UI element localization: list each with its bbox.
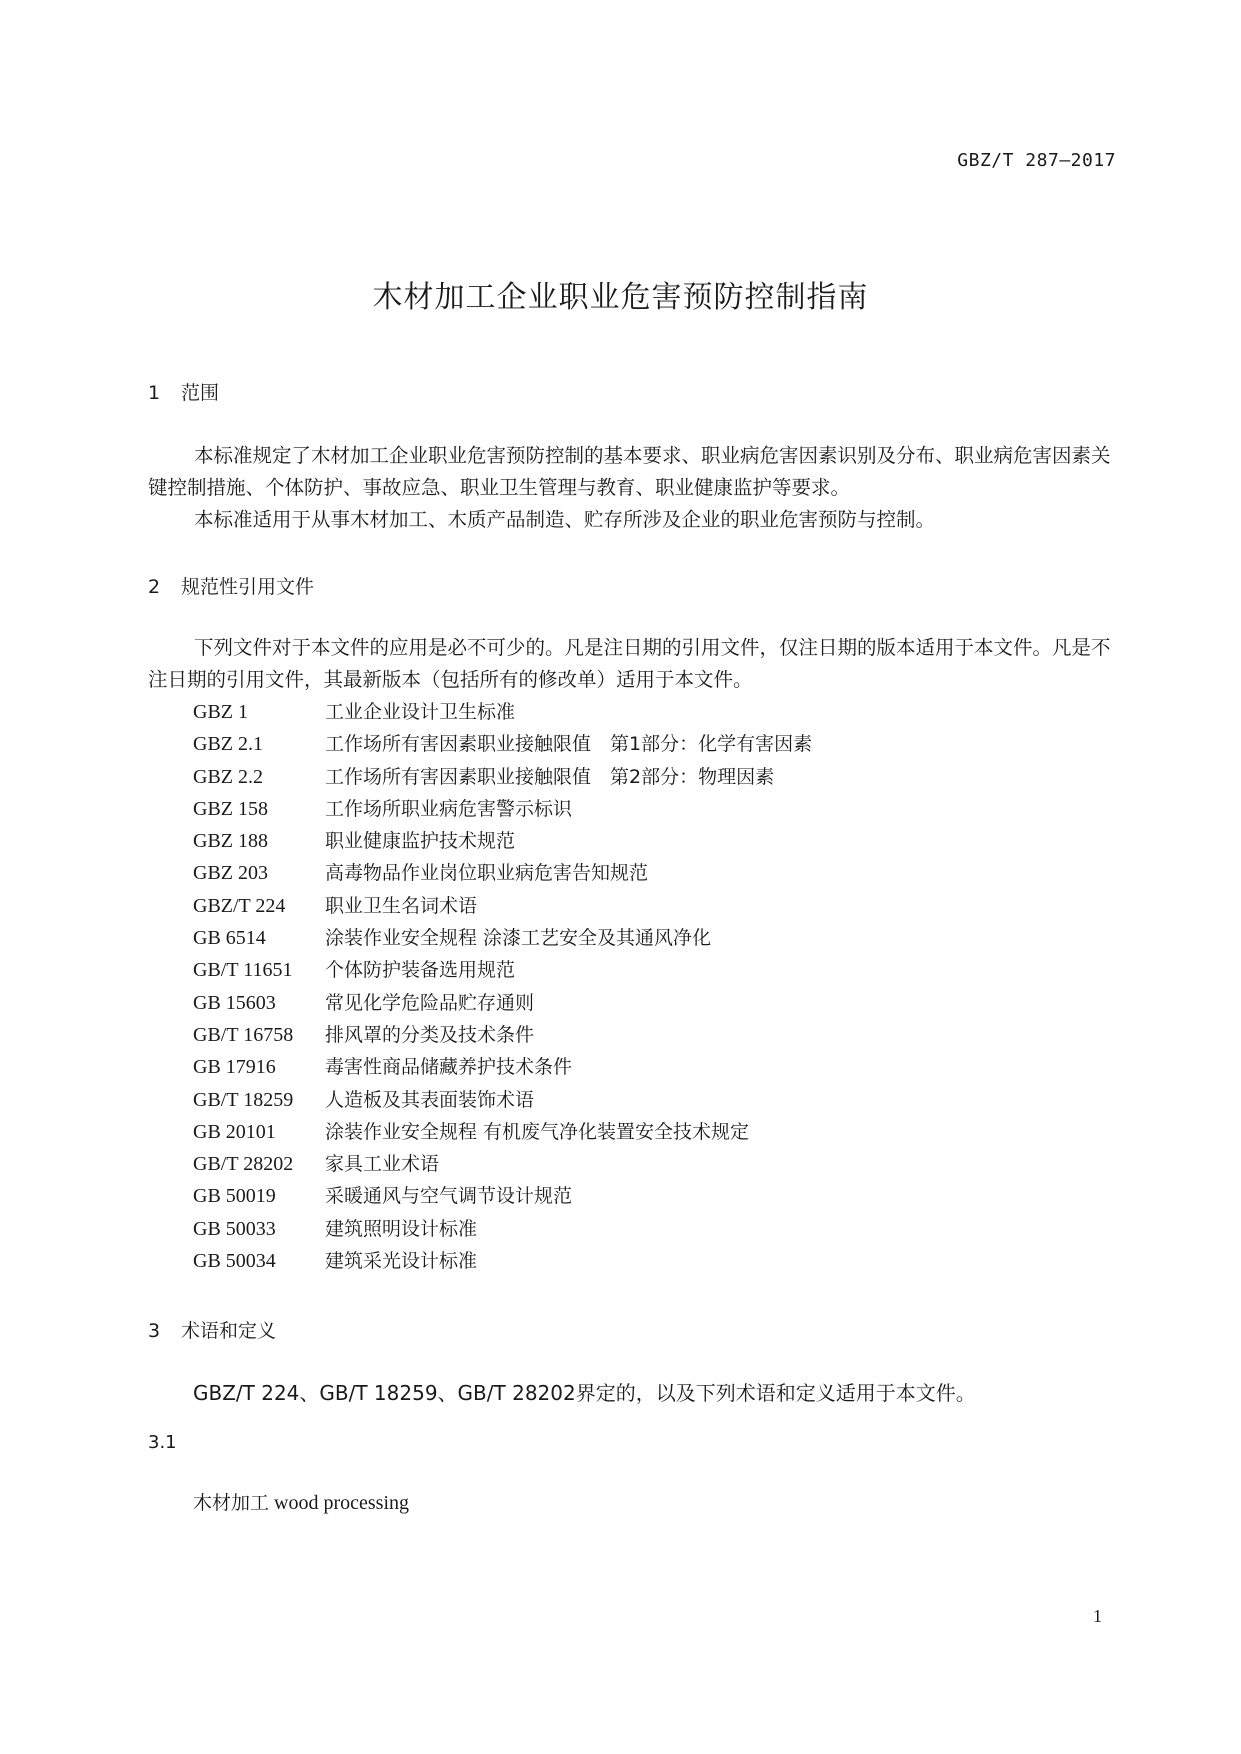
reference-title: 工作场所职业病危害警示标识 [325, 798, 572, 820]
reference-code: GBZ 2.2 [193, 761, 325, 793]
reference-code: GB/T 28202 [193, 1148, 325, 1180]
section-number: 2 [148, 576, 181, 598]
reference-item: GBZ 158工作场所职业病危害警示标识 [193, 793, 812, 825]
reference-item: GBZ 2.2工作场所有害因素职业接触限值 第2部分：物理因素 [193, 761, 812, 793]
section-number: 3 [148, 1320, 181, 1342]
reference-item: GB 15603常见化学危险品贮存通则 [193, 987, 812, 1019]
section-1-paragraph-2: 本标准适用于从事木材加工、木质产品制造、贮存所涉及企业的职业危害预防与控制。 [148, 504, 1118, 536]
reference-title: 个体防护装备选用规范 [325, 959, 515, 981]
reference-title: 涂装作业安全规程 涂漆工艺安全及其通风净化 [325, 927, 711, 949]
section-3-heading: 3术语和定义 [148, 1316, 276, 1343]
term-entry: 木材加工 wood processing [193, 1488, 409, 1515]
reference-item: GB/T 11651个体防护装备选用规范 [193, 954, 812, 986]
reference-item: GB 50033建筑照明设计标准 [193, 1213, 812, 1245]
section-2-paragraph-1: 下列文件对于本文件的应用是必不可少的。凡是注日期的引用文件，仅注日期的版本适用于… [148, 632, 1118, 696]
reference-item: GBZ 203高毒物品作业岗位职业病危害告知规范 [193, 857, 812, 889]
reference-code: GBZ 158 [193, 793, 325, 825]
normative-references-list: GBZ 1工业企业设计卫生标准 GBZ 2.1工作场所有害因素职业接触限值 第1… [193, 696, 812, 1277]
reference-item: GBZ 188职业健康监护技术规范 [193, 825, 812, 857]
standard-code: GBZ/T 287—2017 [957, 150, 1116, 171]
term-english: wood processing [274, 1492, 409, 1514]
reference-title: 职业健康监护技术规范 [325, 830, 515, 852]
term-chinese: 木材加工 [193, 1492, 269, 1514]
reference-item: GB/T 28202家具工业术语 [193, 1148, 812, 1180]
reference-item: GB 50034建筑采光设计标准 [193, 1245, 812, 1277]
reference-title: 采暖通风与空气调节设计规范 [325, 1185, 572, 1207]
section-title: 范围 [181, 382, 219, 404]
reference-title: 职业卫生名词术语 [325, 895, 477, 917]
reference-item: GBZ 1工业企业设计卫生标准 [193, 696, 812, 728]
section-2-heading: 2规范性引用文件 [148, 572, 314, 599]
reference-item: GB 20101涂装作业安全规程 有机废气净化装置安全技术规定 [193, 1116, 812, 1148]
reference-code: GB 20101 [193, 1116, 325, 1148]
reference-code: GB/T 11651 [193, 954, 325, 986]
reference-title: 常见化学危险品贮存通则 [325, 992, 534, 1014]
reference-code: GB 50019 [193, 1180, 325, 1212]
reference-code: GBZ 2.1 [193, 728, 325, 760]
reference-code: GB 17916 [193, 1051, 325, 1083]
reference-title: 建筑照明设计标准 [325, 1218, 477, 1240]
reference-item: GB 50019采暖通风与空气调节设计规范 [193, 1180, 812, 1212]
reference-title: 排风罩的分类及技术条件 [325, 1024, 534, 1046]
section-number: 1 [148, 382, 181, 404]
document-title: 木材加工企业职业危害预防控制指南 [0, 272, 1241, 316]
reference-item: GB 17916毒害性商品储藏养护技术条件 [193, 1051, 812, 1083]
reference-title: 工作场所有害因素职业接触限值 第2部分：物理因素 [325, 766, 774, 788]
section-title: 术语和定义 [181, 1320, 276, 1342]
reference-title: 建筑采光设计标准 [325, 1250, 477, 1272]
reference-title: 工作场所有害因素职业接触限值 第1部分：化学有害因素 [325, 733, 812, 755]
reference-item: GBZ 2.1工作场所有害因素职业接触限值 第1部分：化学有害因素 [193, 728, 812, 760]
section-3-paragraph-1: GBZ/T 224、GB/T 18259、GB/T 28202界定的，以及下列术… [193, 1377, 976, 1409]
reference-item: GBZ/T 224职业卫生名词术语 [193, 890, 812, 922]
reference-code: GB/T 18259 [193, 1084, 325, 1116]
reference-code: GB 50033 [193, 1213, 325, 1245]
reference-code: GBZ 188 [193, 825, 325, 857]
reference-code: GB 15603 [193, 987, 325, 1019]
reference-title: 工业企业设计卫生标准 [325, 701, 515, 723]
reference-code: GB/T 16758 [193, 1019, 325, 1051]
page-number: 1 [1093, 1606, 1102, 1627]
reference-title: 高毒物品作业岗位职业病危害告知规范 [325, 862, 648, 884]
reference-code: GBZ 203 [193, 857, 325, 889]
section-title: 规范性引用文件 [181, 576, 314, 598]
reference-code: GBZ/T 224 [193, 890, 325, 922]
reference-item: GB/T 16758排风罩的分类及技术条件 [193, 1019, 812, 1051]
reference-title: 毒害性商品储藏养护技术条件 [325, 1056, 572, 1078]
reference-code: GB 6514 [193, 922, 325, 954]
section-1-paragraph-1: 本标准规定了木材加工企业职业危害预防控制的基本要求、职业病危害因素识别及分布、职… [148, 440, 1118, 504]
reference-code: GBZ 1 [193, 696, 325, 728]
reference-title: 人造板及其表面装饰术语 [325, 1089, 534, 1111]
reference-item: GB 6514涂装作业安全规程 涂漆工艺安全及其通风净化 [193, 922, 812, 954]
reference-title: 家具工业术语 [325, 1153, 439, 1175]
subsection-number-3-1: 3.1 [148, 1432, 177, 1453]
reference-code: GB 50034 [193, 1245, 325, 1277]
reference-item: GB/T 18259人造板及其表面装饰术语 [193, 1084, 812, 1116]
section-1-heading: 1范围 [148, 378, 219, 405]
reference-title: 涂装作业安全规程 有机废气净化装置安全技术规定 [325, 1121, 749, 1143]
